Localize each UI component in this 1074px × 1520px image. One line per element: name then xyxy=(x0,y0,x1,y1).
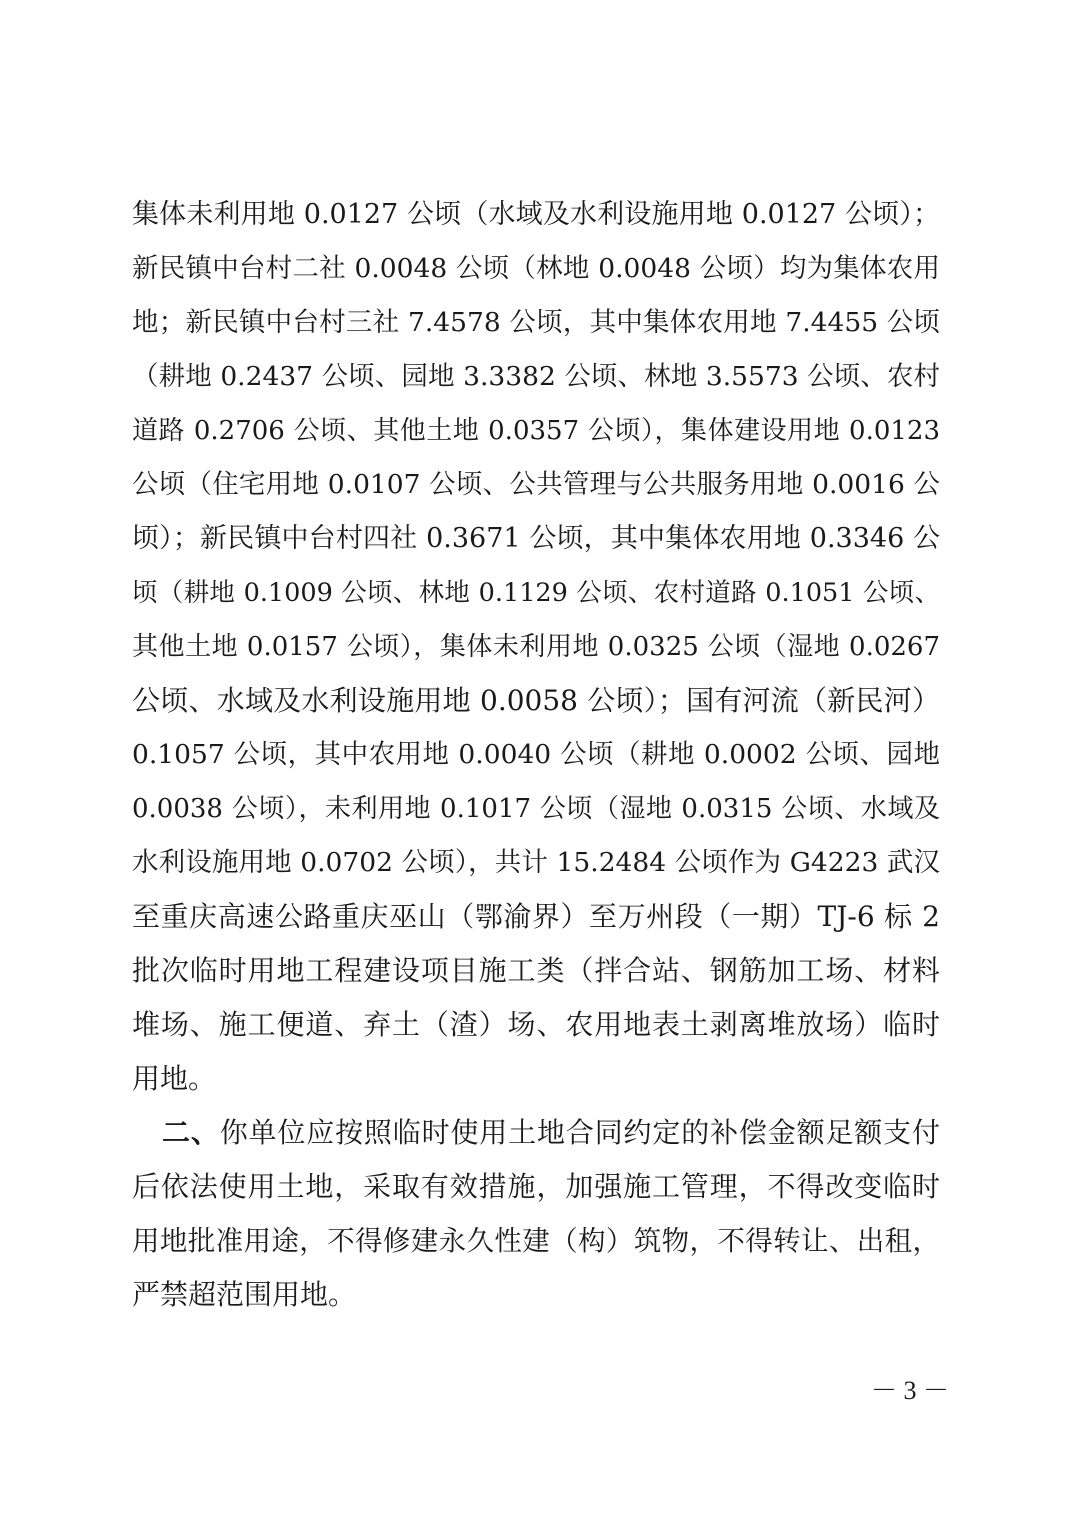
text-line: 顷）；新民镇中台村四社 0.3671 公顷，其中集体农用地 0.3346 公 xyxy=(132,512,940,566)
text-line: 顷（耕地 0.1009 公顷、林地 0.1129 公顷、农村道路 0.1051 … xyxy=(132,566,940,620)
text-line: 用地批准用途，不得修建永久性建（构）筑物，不得转让、出租， xyxy=(132,1214,940,1268)
text-line: 新民镇中台村二社 0.0048 公顷（林地 0.0048 公顷）均为集体农用 xyxy=(132,242,940,296)
text-line: （耕地 0.2437 公顷、园地 3.3382 公顷、林地 3.5573 公顷、… xyxy=(132,350,940,404)
text-line: 堆场、施工便道、弃土（渣）场、农用地表土剥离堆放场）临时 xyxy=(132,998,940,1052)
text-line: 公顷（住宅用地 0.0107 公顷、公共管理与公共服务用地 0.0016 公 xyxy=(132,458,940,512)
text-line: 地；新民镇中台村三社 7.4578 公顷，其中集体农用地 7.4455 公顷 xyxy=(132,296,940,350)
text-line: 批次临时用地工程建设项目施工类（拌合站、钢筋加工场、材料 xyxy=(132,944,940,998)
document-body: 集体未利用地 0.0127 公顷（水域及水利设施用地 0.0127 公顷）； 新… xyxy=(132,188,940,1322)
text-line: 严禁超范围用地。 xyxy=(132,1268,940,1322)
text-line: 其他土地 0.0157 公顷），集体未利用地 0.0325 公顷（湿地 0.02… xyxy=(132,620,940,674)
text-line: 后依法使用土地，采取有效措施，加强施工管理，不得改变临时 xyxy=(132,1160,940,1214)
section-2-heading: 二、 xyxy=(162,1116,220,1149)
text-line: 0.1057 公顷，其中农用地 0.0040 公顷（耕地 0.0002 公顷、园… xyxy=(132,728,940,782)
text-line: 至重庆高速公路重庆巫山（鄂渝界）至万州段（一期）TJ-6 标 2 xyxy=(132,890,940,944)
text-line: 道路 0.2706 公顷、其他土地 0.0357 公顷），集体建设用地 0.01… xyxy=(132,404,940,458)
text-line: 集体未利用地 0.0127 公顷（水域及水利设施用地 0.0127 公顷）； xyxy=(132,188,940,242)
section-2-text: 你单位应按照临时使用土地合同约定的补偿金额足额支付 xyxy=(220,1116,940,1149)
section-2-first-line: 二、你单位应按照临时使用土地合同约定的补偿金额足额支付 xyxy=(132,1106,940,1160)
page-number: － 3 － xyxy=(870,1370,950,1407)
text-line: 水利设施用地 0.0702 公顷），共计 15.2484 公顷作为 G4223 … xyxy=(132,836,940,890)
text-line: 用地。 xyxy=(132,1052,940,1106)
text-line: 0.0038 公顷），未利用地 0.1017 公顷（湿地 0.0315 公顷、水… xyxy=(132,782,940,836)
document-page: 集体未利用地 0.0127 公顷（水域及水利设施用地 0.0127 公顷）； 新… xyxy=(0,0,1074,1520)
text-line: 公顷、水域及水利设施用地 0.0058 公顷）；国有河流（新民河） xyxy=(132,674,940,728)
